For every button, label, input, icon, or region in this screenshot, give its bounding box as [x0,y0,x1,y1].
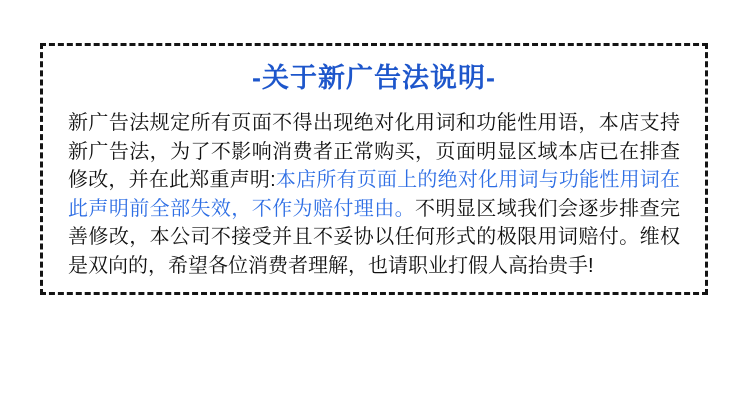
notice-paragraph: 新广告法规定所有页面不得出现绝对化用词和功能性用语，本店支持新广告法，为了不影响… [68,109,680,280]
notice-title: -关于新广告法说明- [63,62,685,94]
notice-box: -关于新广告法说明- 新广告法规定所有页面不得出现绝对化用词和功能性用语，本店支… [40,43,708,295]
